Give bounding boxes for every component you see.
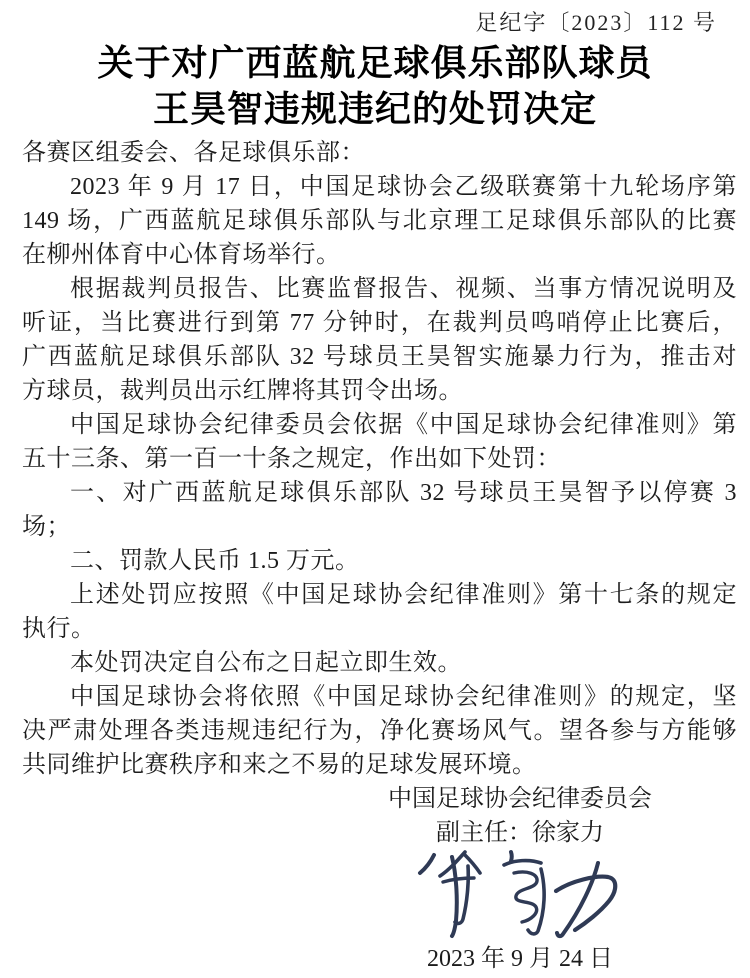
doc-number: 足纪字〔2023〕112 号 bbox=[475, 6, 717, 37]
document-body: 各赛区组委会、各足球俱乐部：2023 年 9 月 17 日，中国足球协会乙级联赛… bbox=[22, 136, 737, 782]
body-line: 本处罚决定自公布之日起立即生效。 bbox=[22, 646, 737, 680]
body-line: 广西蓝航足球俱乐部队 32 号球员王昊智实施暴力行为，推击对 bbox=[22, 340, 737, 374]
body-line: 2023 年 9 月 17 日，中国足球协会乙级联赛第十九轮场序第 bbox=[22, 170, 737, 204]
body-line: 听证，当比赛进行到第 77 分钟时，在裁判员鸣哨停止比赛后， bbox=[22, 306, 737, 340]
body-line: 各赛区组委会、各足球俱乐部： bbox=[22, 136, 737, 170]
body-line: 共同维护比赛秩序和来之不易的足球发展环境。 bbox=[22, 748, 737, 782]
body-line: 中国足球协会将依照《中国足球协会纪律准则》的规定，坚 bbox=[22, 680, 737, 714]
title-line-2: 王昊智违规违纪的处罚决定 bbox=[0, 86, 750, 132]
body-line: 五十三条、第一百一十条之规定，作出如下处罚： bbox=[22, 442, 737, 476]
body-line: 在柳州体育中心体育场举行。 bbox=[22, 238, 737, 272]
body-line: 场； bbox=[22, 510, 737, 544]
body-line: 执行。 bbox=[22, 612, 737, 646]
closing-org: 中国足球协会纪律委员会 bbox=[370, 782, 670, 816]
body-line: 决严肃处理各类违规违纪行为，净化赛场风气。望各参与方能够 bbox=[22, 714, 737, 748]
document-page: 足纪字〔2023〕112 号 关于对广西蓝航足球俱乐部队球员 王昊智违规违纪的处… bbox=[0, 0, 750, 978]
body-line: 上述处罚应按照《中国足球协会纪律准则》第十七条的规定 bbox=[22, 578, 737, 612]
document-title: 关于对广西蓝航足球俱乐部队球员 王昊智违规违纪的处罚决定 bbox=[0, 40, 750, 132]
body-line: 一、对广西蓝航足球俱乐部队 32 号球员王昊智予以停赛 3 bbox=[22, 476, 737, 510]
title-line-1: 关于对广西蓝航足球俱乐部队球员 bbox=[0, 40, 750, 86]
doc-date: 2023 年 9 月 24 日 bbox=[370, 942, 670, 976]
body-line: 149 场，广西蓝航足球俱乐部队与北京理工足球俱乐部队的比赛 bbox=[22, 204, 737, 238]
closing-block: 中国足球协会纪律委员会 副主任：徐家力 bbox=[370, 782, 670, 850]
body-line: 根据裁判员报告、比赛监督报告、视频、当事方情况说明及 bbox=[22, 272, 737, 306]
body-line: 二、罚款人民币 1.5 万元。 bbox=[22, 544, 737, 578]
body-line: 中国足球协会纪律委员会依据《中国足球协会纪律准则》第 bbox=[22, 408, 737, 442]
signature-handwriting bbox=[410, 843, 640, 948]
body-line: 方球员，裁判员出示红牌将其罚令出场。 bbox=[22, 374, 737, 408]
